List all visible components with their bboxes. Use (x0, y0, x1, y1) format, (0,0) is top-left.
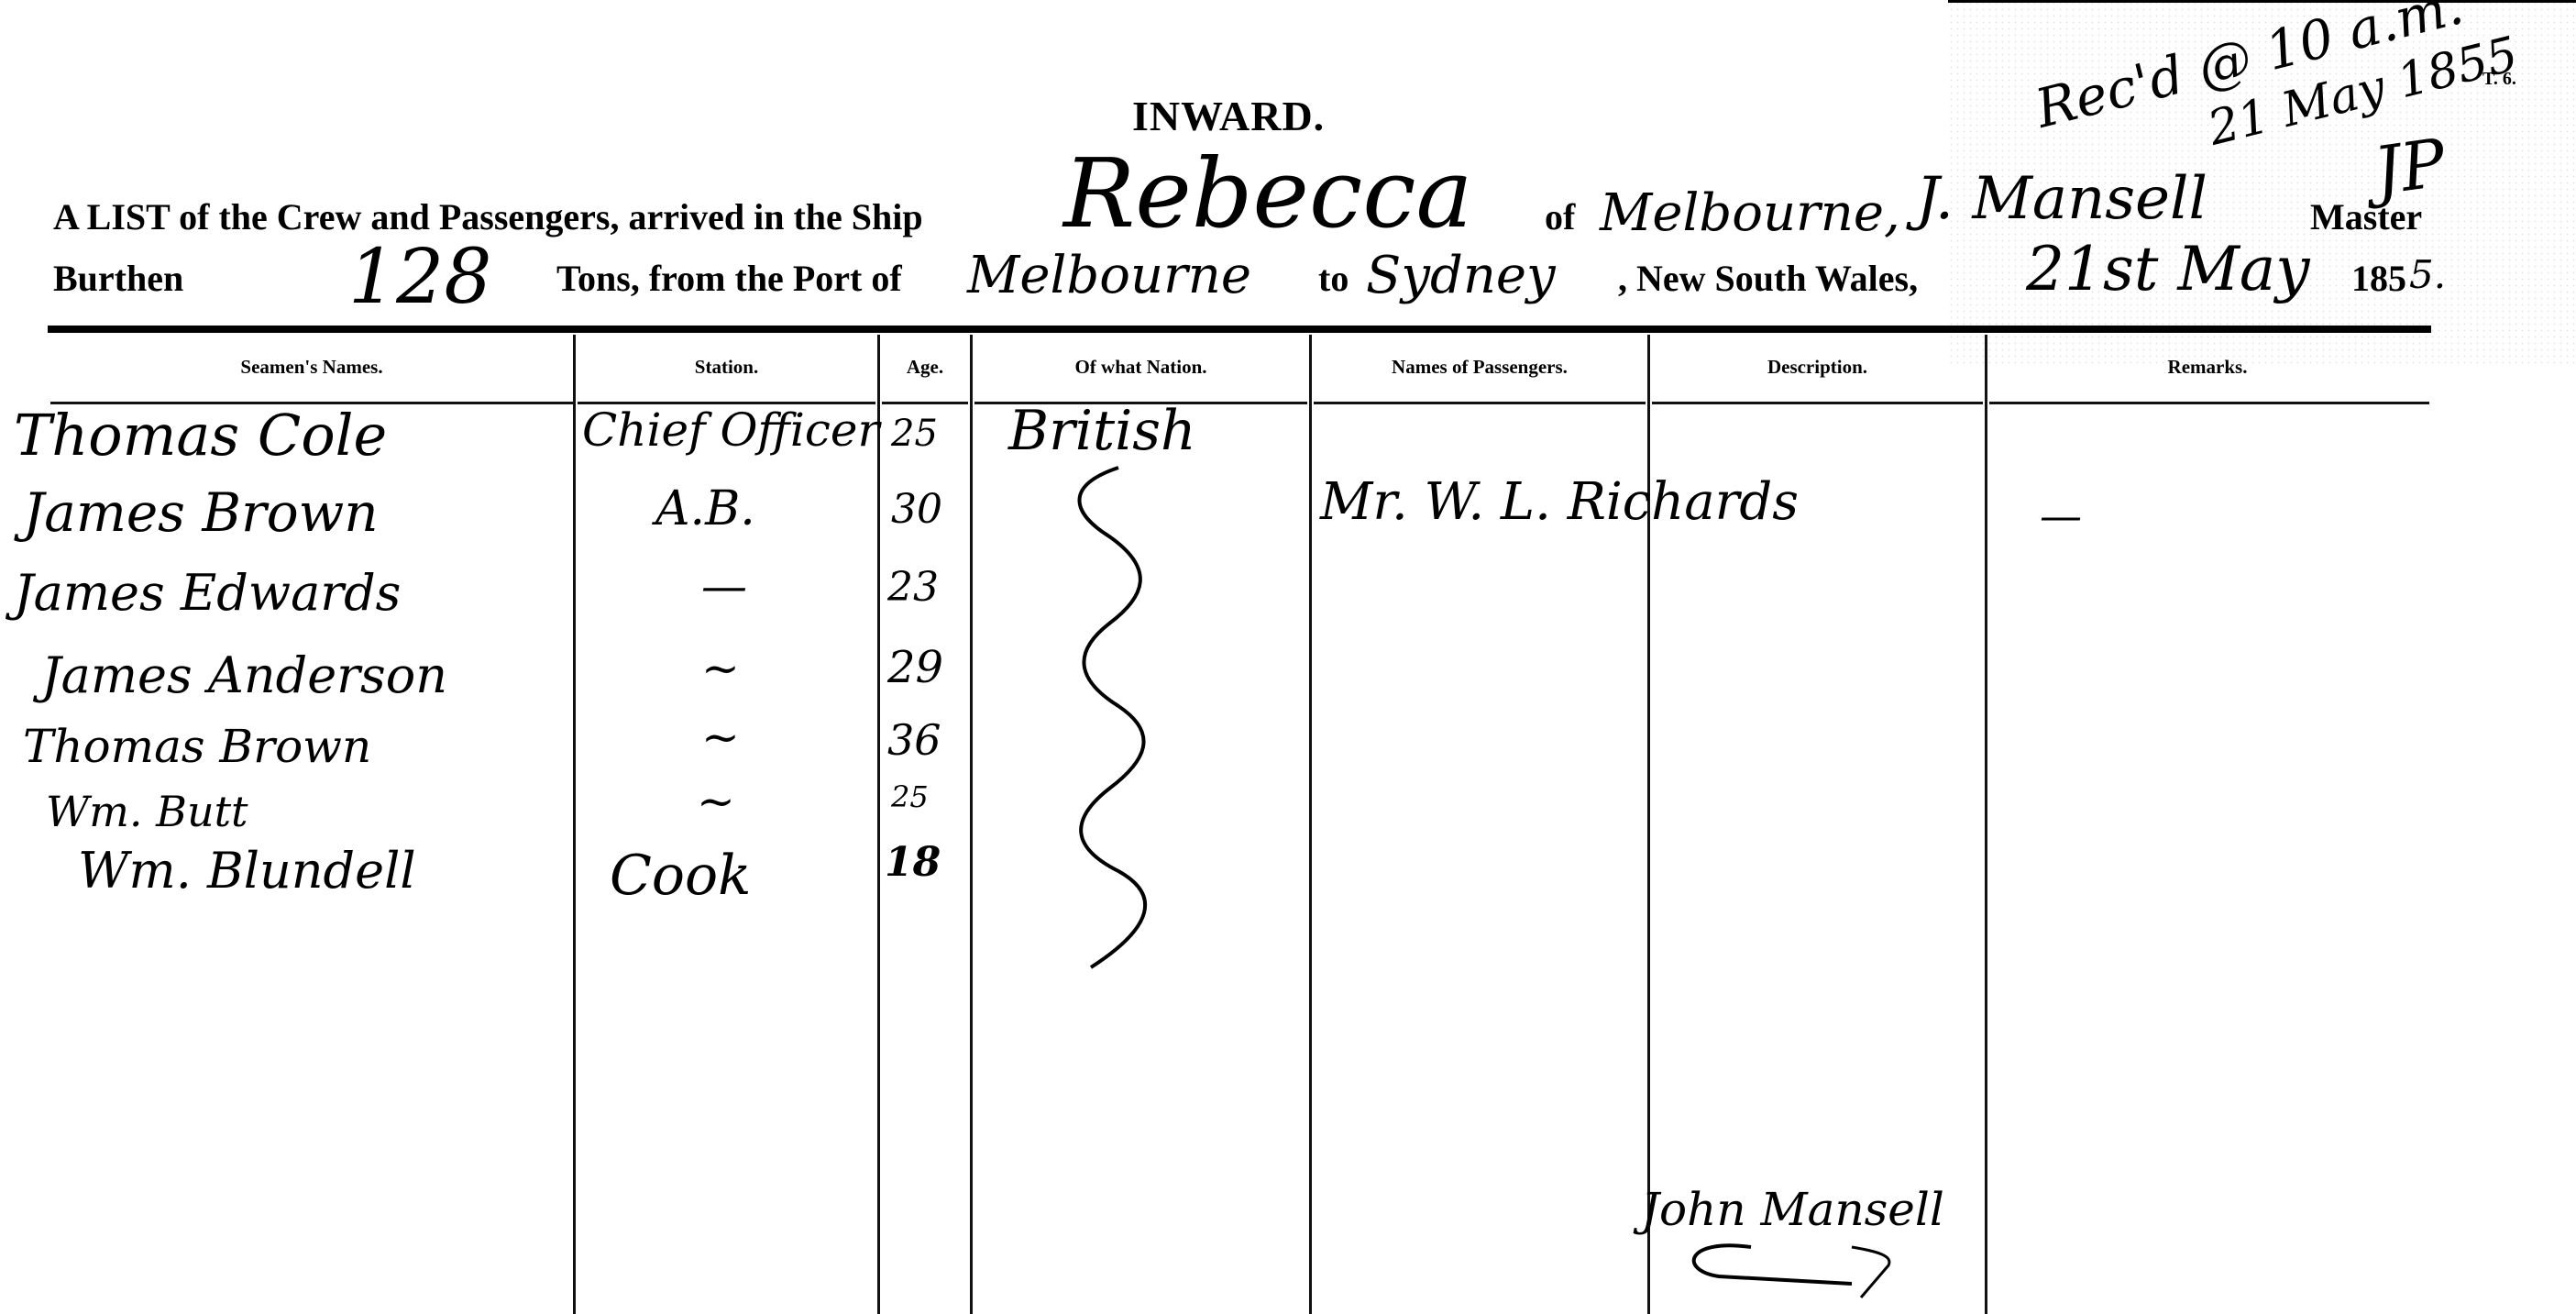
ditto-wave-mark (1054, 458, 1183, 972)
year-printed: 185 (2351, 257, 2406, 300)
crew-age: 29 (887, 642, 943, 693)
crew-name: Wm. Blundell (78, 842, 416, 900)
burthen-value: 128 (348, 234, 492, 321)
column-divider (1985, 335, 1987, 1314)
of-label: of (1545, 195, 1575, 238)
crew-name: Thomas Brown (23, 720, 371, 773)
crew-station: ~ (697, 775, 735, 828)
passenger-remarks: — (2040, 491, 2082, 540)
crew-age: 23 (887, 564, 939, 611)
page-edge-rule (1948, 0, 2576, 3)
crew-station: ~ (701, 711, 740, 764)
column-divider (1309, 335, 1312, 1314)
column-header-rule (882, 402, 968, 404)
header-passengers: Names of Passengers. (1312, 356, 1647, 379)
crew-nation: British (1008, 399, 1196, 463)
crew-name: James Edwards (14, 564, 401, 622)
nsw-label: , New South Wales, (1618, 257, 1918, 300)
crew-age: 36 (887, 715, 941, 765)
form-code: T. 6. (2482, 69, 2516, 90)
crew-age: 25 (891, 779, 929, 814)
column-divider (573, 335, 576, 1314)
to-port-field: Sydney (1366, 246, 1556, 305)
column-header-rule (1314, 402, 1646, 404)
master-label: Master (2310, 195, 2422, 238)
crew-station: — (701, 559, 747, 613)
column-header-rule (1989, 402, 2429, 404)
tons-label: Tons, from the Port of (556, 257, 902, 300)
burthen-label: Burthen (53, 257, 183, 300)
column-divider (970, 335, 973, 1314)
header-description: Description. (1650, 356, 1985, 379)
header-nation: Of what Nation. (973, 356, 1309, 379)
crew-name: James Anderson (41, 646, 447, 704)
signature-flourish (1668, 1229, 1907, 1311)
form-line1-prefix: A LIST of the Crew and Passengers, arriv… (53, 195, 923, 238)
crew-name: James Brown (23, 481, 379, 544)
header-seamens-names: Seamen's Names. (50, 356, 573, 379)
to-label: to (1318, 257, 1349, 300)
crew-name: Wm. Butt (46, 787, 248, 836)
year-written: 5. (2409, 252, 2446, 297)
crew-age: 25 (891, 413, 938, 455)
column-divider (877, 335, 880, 1314)
crew-station: ~ (701, 642, 740, 695)
master-name-field: J. Mansell (1916, 165, 2207, 233)
header-divider (48, 326, 2431, 333)
date-field: 21st May (2026, 234, 2310, 304)
crew-station: Cook (610, 844, 752, 908)
crew-station: Chief Officer (582, 403, 879, 457)
ship-of-field: Melbourne, (1600, 183, 1900, 243)
ship-name-field: Rebecca (1063, 138, 1472, 249)
column-header-rule (1652, 402, 1983, 404)
passenger-name: Mr. W. L. Richards (1320, 472, 1799, 532)
page-title: INWARD. (1132, 92, 1325, 140)
from-port-field: Melbourne (967, 246, 1251, 305)
crew-station: A.B. (655, 481, 755, 536)
header-station: Station. (576, 356, 877, 379)
crew-age: 30 (891, 486, 942, 533)
header-age: Age. (880, 356, 970, 379)
crew-age: 18 (885, 839, 941, 886)
header-remarks: Remarks. (1987, 356, 2427, 379)
crew-name: Thomas Cole (14, 402, 387, 469)
